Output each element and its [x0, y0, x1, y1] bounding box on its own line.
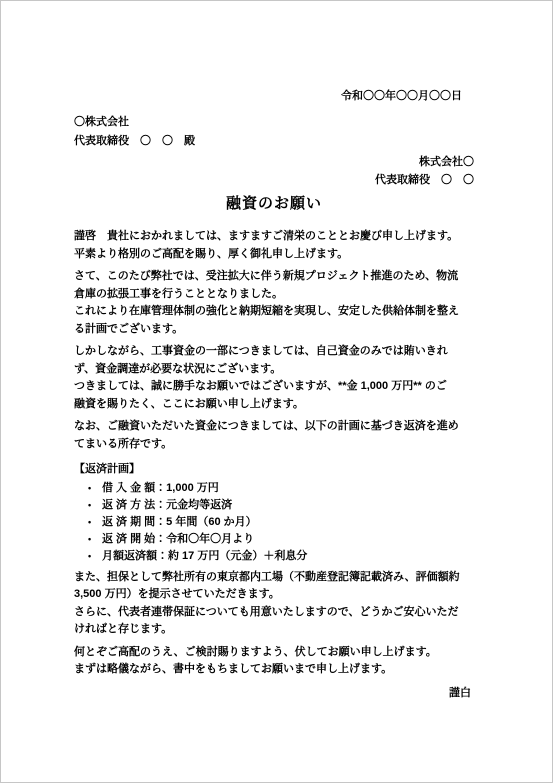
- plan-item-label: 返 済 方 法：元金均等返済: [102, 497, 232, 514]
- plan-item-label: 返 済 期 間：5 年間（60 か月）: [102, 514, 257, 531]
- bullet-icon: •: [88, 548, 102, 565]
- plan-item-label: 月額返済額：約 17 万円（元金）＋利息分: [102, 548, 307, 565]
- recipient-person: 代表取締役 〇 〇 殿: [74, 132, 474, 151]
- letter-document: 令和〇〇年〇〇月〇〇日 〇株式会社 代表取締役 〇 〇 殿 株式会社〇 代表取締…: [74, 87, 474, 702]
- plan-item-repayment-period: • 返 済 期 間：5 年間（60 か月）: [74, 514, 474, 531]
- repayment-plan-list: • 借 入 金 額：1,000 万円 • 返 済 方 法：元金均等返済 • 返 …: [74, 480, 474, 565]
- sender-person: 代表取締役 〇 〇: [74, 171, 474, 189]
- letter-body: 謹啓 貴社におかれましては、ますますご清栄のこととお慶び申し上げます。 平素より…: [74, 228, 474, 702]
- page-title: 融資のお願い: [74, 192, 474, 215]
- recipient-block: 〇株式会社 代表取締役 〇 〇 殿: [74, 113, 474, 150]
- paragraph-closing: 何とぞご高配のうえ、ご検討賜りますよう、伏してお願い申し上げます。 まずは略儀な…: [74, 644, 474, 679]
- recipient-company: 〇株式会社: [74, 113, 474, 132]
- closing-word: 謹白: [74, 684, 474, 702]
- plan-item-monthly-payment: • 月額返済額：約 17 万円（元金）＋利息分: [74, 548, 474, 565]
- paragraph-greeting: 謹啓 貴社におかれましては、ますますご清栄のこととお慶び申し上げます。 平素より…: [74, 228, 474, 263]
- date-line: 令和〇〇年〇〇月〇〇日: [74, 87, 474, 105]
- plan-item-repayment-start: • 返 済 開 始：令和〇年〇月より: [74, 531, 474, 548]
- paragraph-background: さて、このたび弊社では、受注拡大に伴う新規プロジェクト推進のため、物流 倉庫の拡…: [74, 268, 474, 338]
- bullet-icon: •: [88, 531, 102, 548]
- plan-item-loan-amount: • 借 入 金 額：1,000 万円: [74, 480, 474, 497]
- repayment-plan-heading: 【返済計画】: [74, 461, 474, 479]
- bullet-icon: •: [88, 514, 102, 531]
- plan-item-label: 借 入 金 額：1,000 万円: [102, 480, 219, 497]
- plan-item-label: 返 済 開 始：令和〇年〇月より: [102, 531, 254, 548]
- sender-company: 株式会社〇: [74, 153, 474, 171]
- paragraph-collateral: また、担保として弊社所有の東京都内工場（不動産登記簿記載済み、評価額約 3,50…: [74, 569, 474, 639]
- bullet-icon: •: [88, 480, 102, 497]
- paragraph-repayment-intro: なお、ご融資いただいた資金につきましては、以下の計画に基づき返済を進め てまいる…: [74, 418, 474, 453]
- sender-block: 株式会社〇 代表取締役 〇 〇: [74, 153, 474, 189]
- paragraph-funding-request: しかしながら、工事資金の一部につきましては、自己資金のみでは賄いきれ ず、資金調…: [74, 343, 474, 413]
- plan-item-repayment-method: • 返 済 方 法：元金均等返済: [74, 497, 474, 514]
- bullet-icon: •: [88, 497, 102, 514]
- letter-page: 令和〇〇年〇〇月〇〇日 〇株式会社 代表取締役 〇 〇 殿 株式会社〇 代表取締…: [0, 0, 553, 783]
